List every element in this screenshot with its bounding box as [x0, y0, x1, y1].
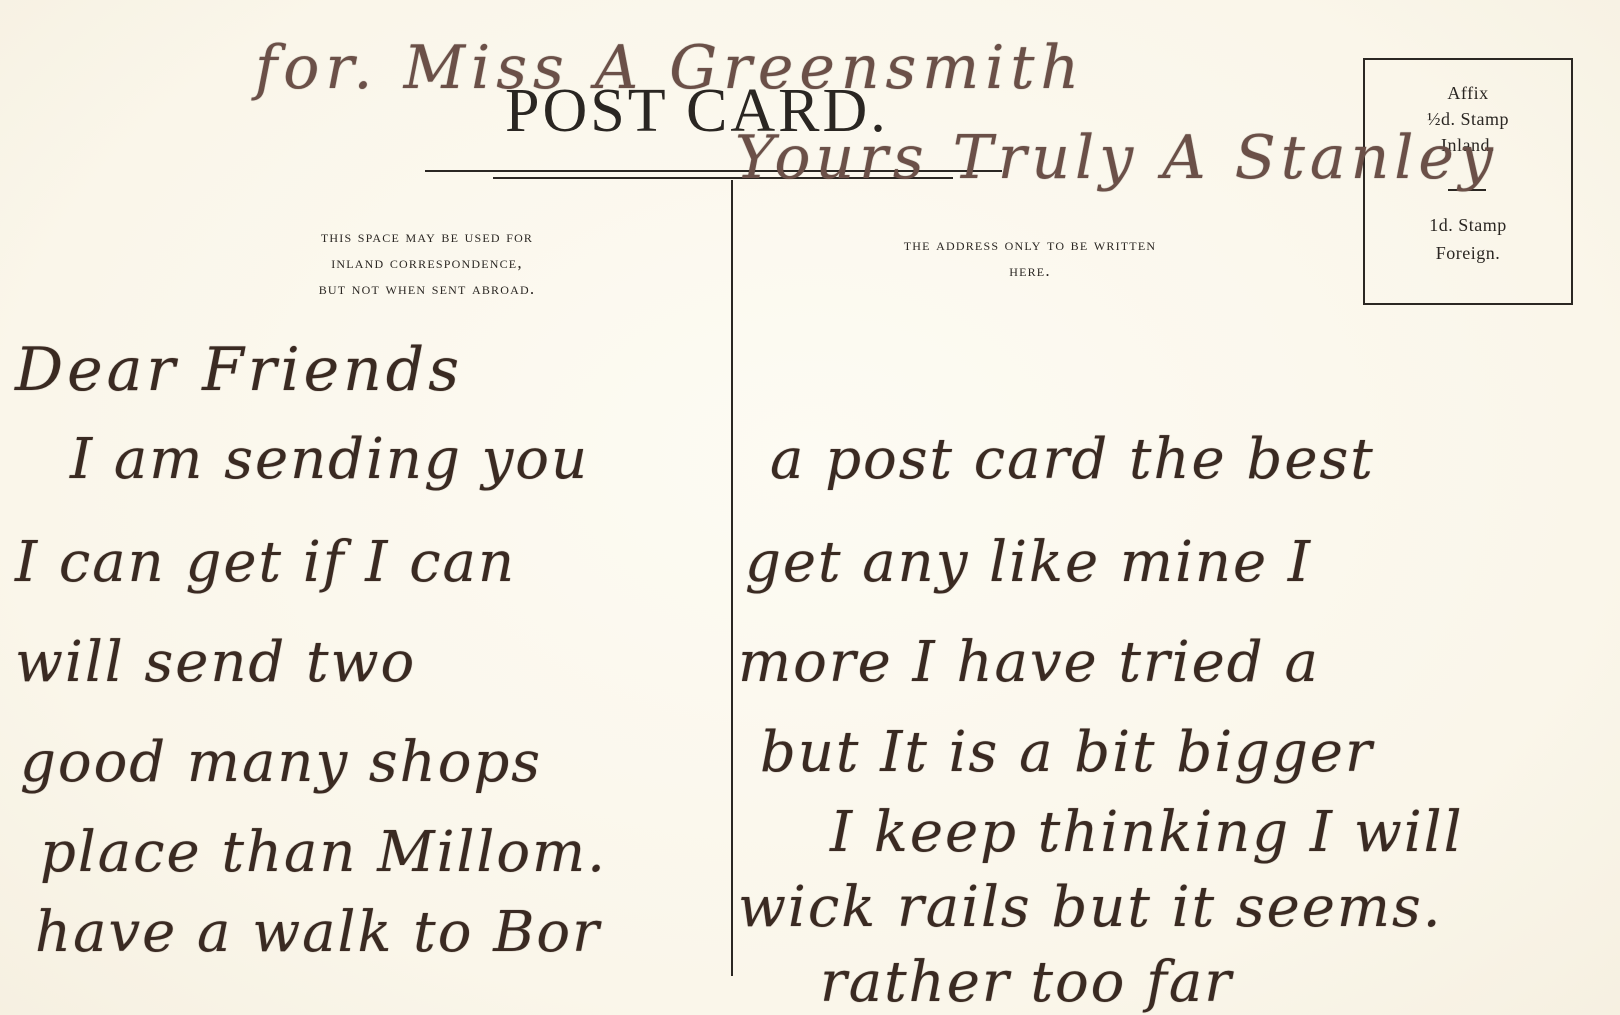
notice-line: The Address only to be written [800, 232, 1260, 258]
body-line-left: have a walk to Bor [35, 905, 601, 961]
body-line-right: get any like mine I [745, 535, 1312, 591]
body-line-left: place than Millom. [40, 825, 607, 881]
notice-line: but not when sent abroad. [232, 276, 622, 302]
notice-line: here. [800, 258, 1260, 284]
correspondence-notice: This space may be used for Inland Corres… [232, 224, 622, 302]
body-line-left: I am sending you [70, 432, 589, 488]
stamp-foreign-value: 1d. Stamp [1365, 212, 1571, 238]
body-line-right: but It is a bit bigger [760, 725, 1374, 781]
address-notice: The Address only to be written here. [800, 232, 1260, 284]
handwritten-signature: Yours Truly A Stanley [735, 128, 1498, 188]
postcard: POST CARD. This space may be used for In… [0, 0, 1620, 1015]
body-line-right: more I have tried a [738, 635, 1320, 691]
body-line-left: I can get if I can [15, 535, 516, 591]
body-line-left: will send two [15, 635, 416, 691]
body-line-right: a post card the best [770, 432, 1375, 488]
body-line-right: wick rails but it seems. [738, 880, 1443, 936]
center-divider [731, 180, 733, 976]
stamp-foreign-label: Foreign. [1365, 240, 1571, 266]
handwritten-addressee: for. Miss A Greensmith [255, 38, 1085, 98]
stamp-affix: Affix [1365, 80, 1571, 106]
body-line-right: I keep thinking I will [830, 805, 1463, 861]
body-line-left: good many shops [20, 735, 542, 791]
notice-line: This space may be used for [232, 224, 622, 250]
body-line-closing: rather too far [820, 955, 1233, 1011]
notice-line: Inland Correspondence, [232, 250, 622, 276]
handwritten-greeting: Dear Friends [15, 340, 463, 400]
